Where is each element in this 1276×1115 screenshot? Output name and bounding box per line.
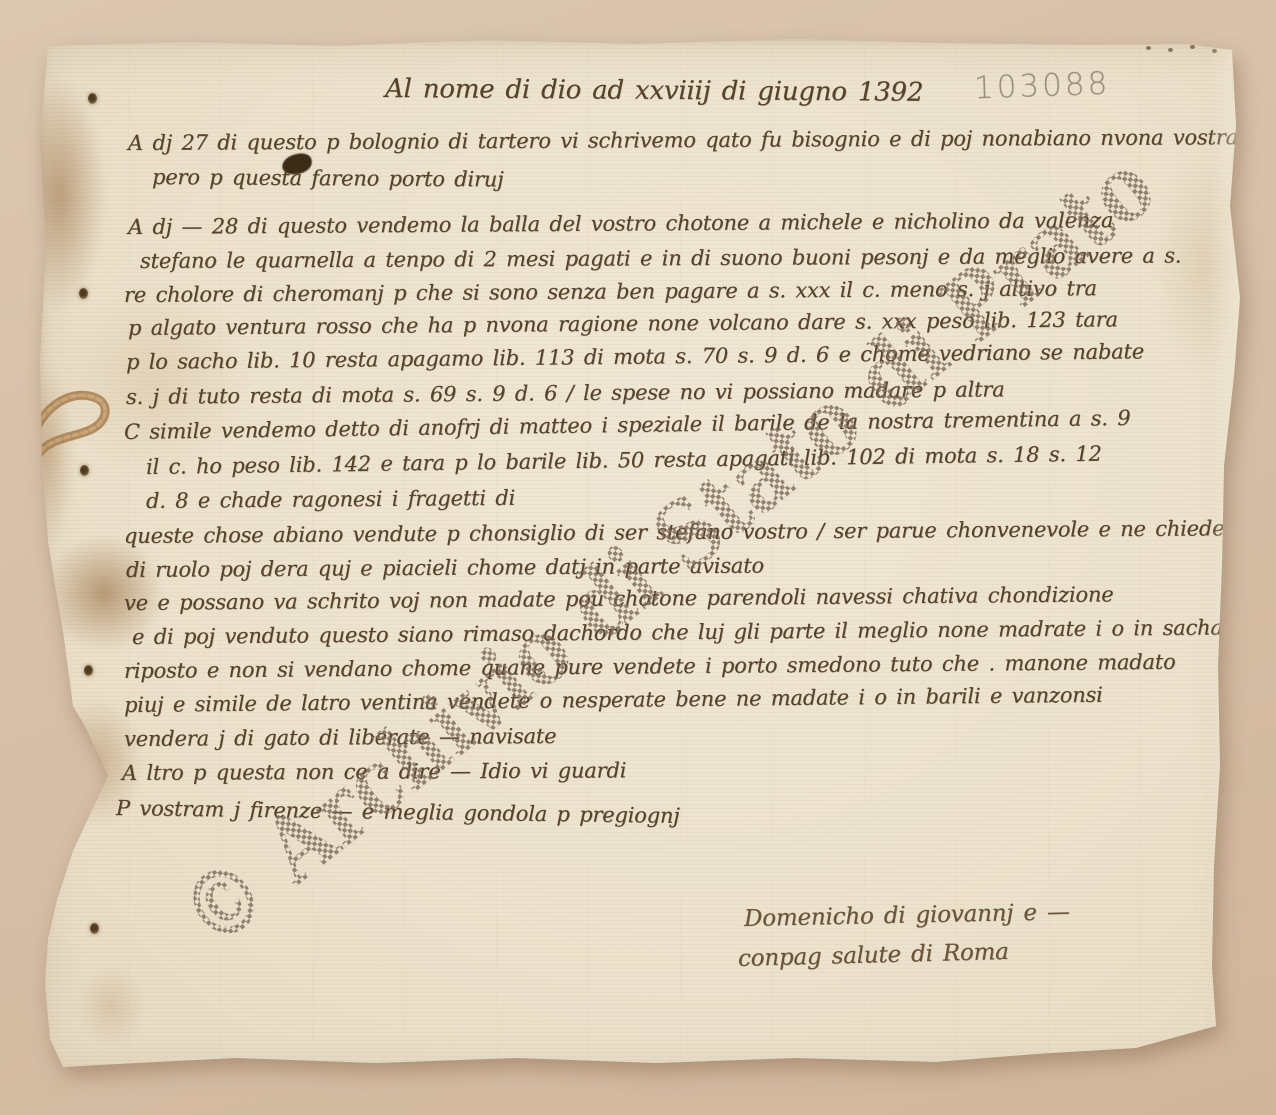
manuscript-text-line: il c. ho peso lib. 142 e tara p lo baril… — [146, 444, 1102, 478]
manuscript-text-line: conpag salute di Roma — [738, 941, 1009, 971]
wormhole — [88, 93, 97, 104]
speck — [1190, 45, 1195, 49]
manuscript-text-line: Domenicho di giovannj e — — [744, 901, 1070, 931]
manuscript-text-line: s. j di tuto resta di mota s. 69 s. 9 d.… — [126, 379, 1005, 408]
manuscript-text-line: e di poj venduto questo siano rimaso dac… — [132, 617, 1223, 648]
manuscript-text-line: ve e possano va schrito voj non madate p… — [124, 584, 1114, 614]
wormhole — [90, 923, 99, 934]
manuscript-text-line: A ltro p questa non ce a dire — Idio vi … — [122, 760, 626, 784]
paper-thread — [30, 374, 122, 470]
manuscript-text-line: stefano le quarnella a tenpo di 2 mesi p… — [140, 246, 1181, 272]
manuscript-page: Al nome di dio ad xxviiij di giugno 1392… — [36, 36, 1242, 1082]
photo-background: { "document": { "kind": "handwritten-man… — [0, 0, 1276, 1115]
stain-blot — [22, 366, 74, 546]
manuscript-text-line: p lo sacho lib. 10 resta apagamo lib. 11… — [126, 341, 1144, 373]
manuscript-text-line: P vostram j firenze — e meglia gondola p… — [116, 798, 680, 827]
stain-blot — [14, 80, 106, 310]
manuscript-text-line: C simile vendemo detto di anofrj di matt… — [124, 408, 1131, 443]
letter-dateline: Al nome di dio ad xxviiij di giugno 1392 — [385, 76, 923, 106]
speck — [1146, 46, 1151, 50]
paper-edge-highlight — [1208, 36, 1242, 1082]
wormhole — [80, 465, 89, 476]
manuscript-text-line: vendera j di gato di liberate — navisate — [124, 726, 557, 750]
speck — [1212, 49, 1217, 53]
manuscript-text-line: d. 8 e chade ragonesi i fragetti di — [146, 488, 515, 512]
stain-blot — [76, 966, 146, 1046]
manuscript-text-line: A dj — 28 di questo vendemo la balla del… — [128, 210, 1113, 238]
manuscript-text-line: piuj e simile de latro ventina vendete o… — [124, 685, 1103, 716]
manuscript-text-line: A dj 27 di questo p bolognio di tartero … — [128, 127, 1238, 154]
manuscript-text-line: queste chose abiano vendute p chonsiglio… — [124, 518, 1224, 547]
archive-number-pencil: 103088 — [973, 66, 1111, 107]
manuscript-text-line: p algato ventura rosso che ha p nvona ra… — [128, 309, 1118, 339]
wormhole — [79, 288, 88, 299]
wormhole — [84, 665, 93, 676]
manuscript-text-line: pero p questa fareno porto diruj — [152, 167, 504, 190]
speck — [1168, 48, 1173, 52]
manuscript-text-line: di ruolo poj dera quj e piacieli chome d… — [126, 556, 764, 581]
manuscript-text-line: re cholore di cheromanj p che si sono se… — [124, 278, 1097, 306]
manuscript-page-wrap: Al nome di dio ad xxviiij di giugno 1392… — [36, 36, 1242, 1082]
manuscript-text-line: riposto e non si vendano chome quane pur… — [124, 652, 1176, 682]
